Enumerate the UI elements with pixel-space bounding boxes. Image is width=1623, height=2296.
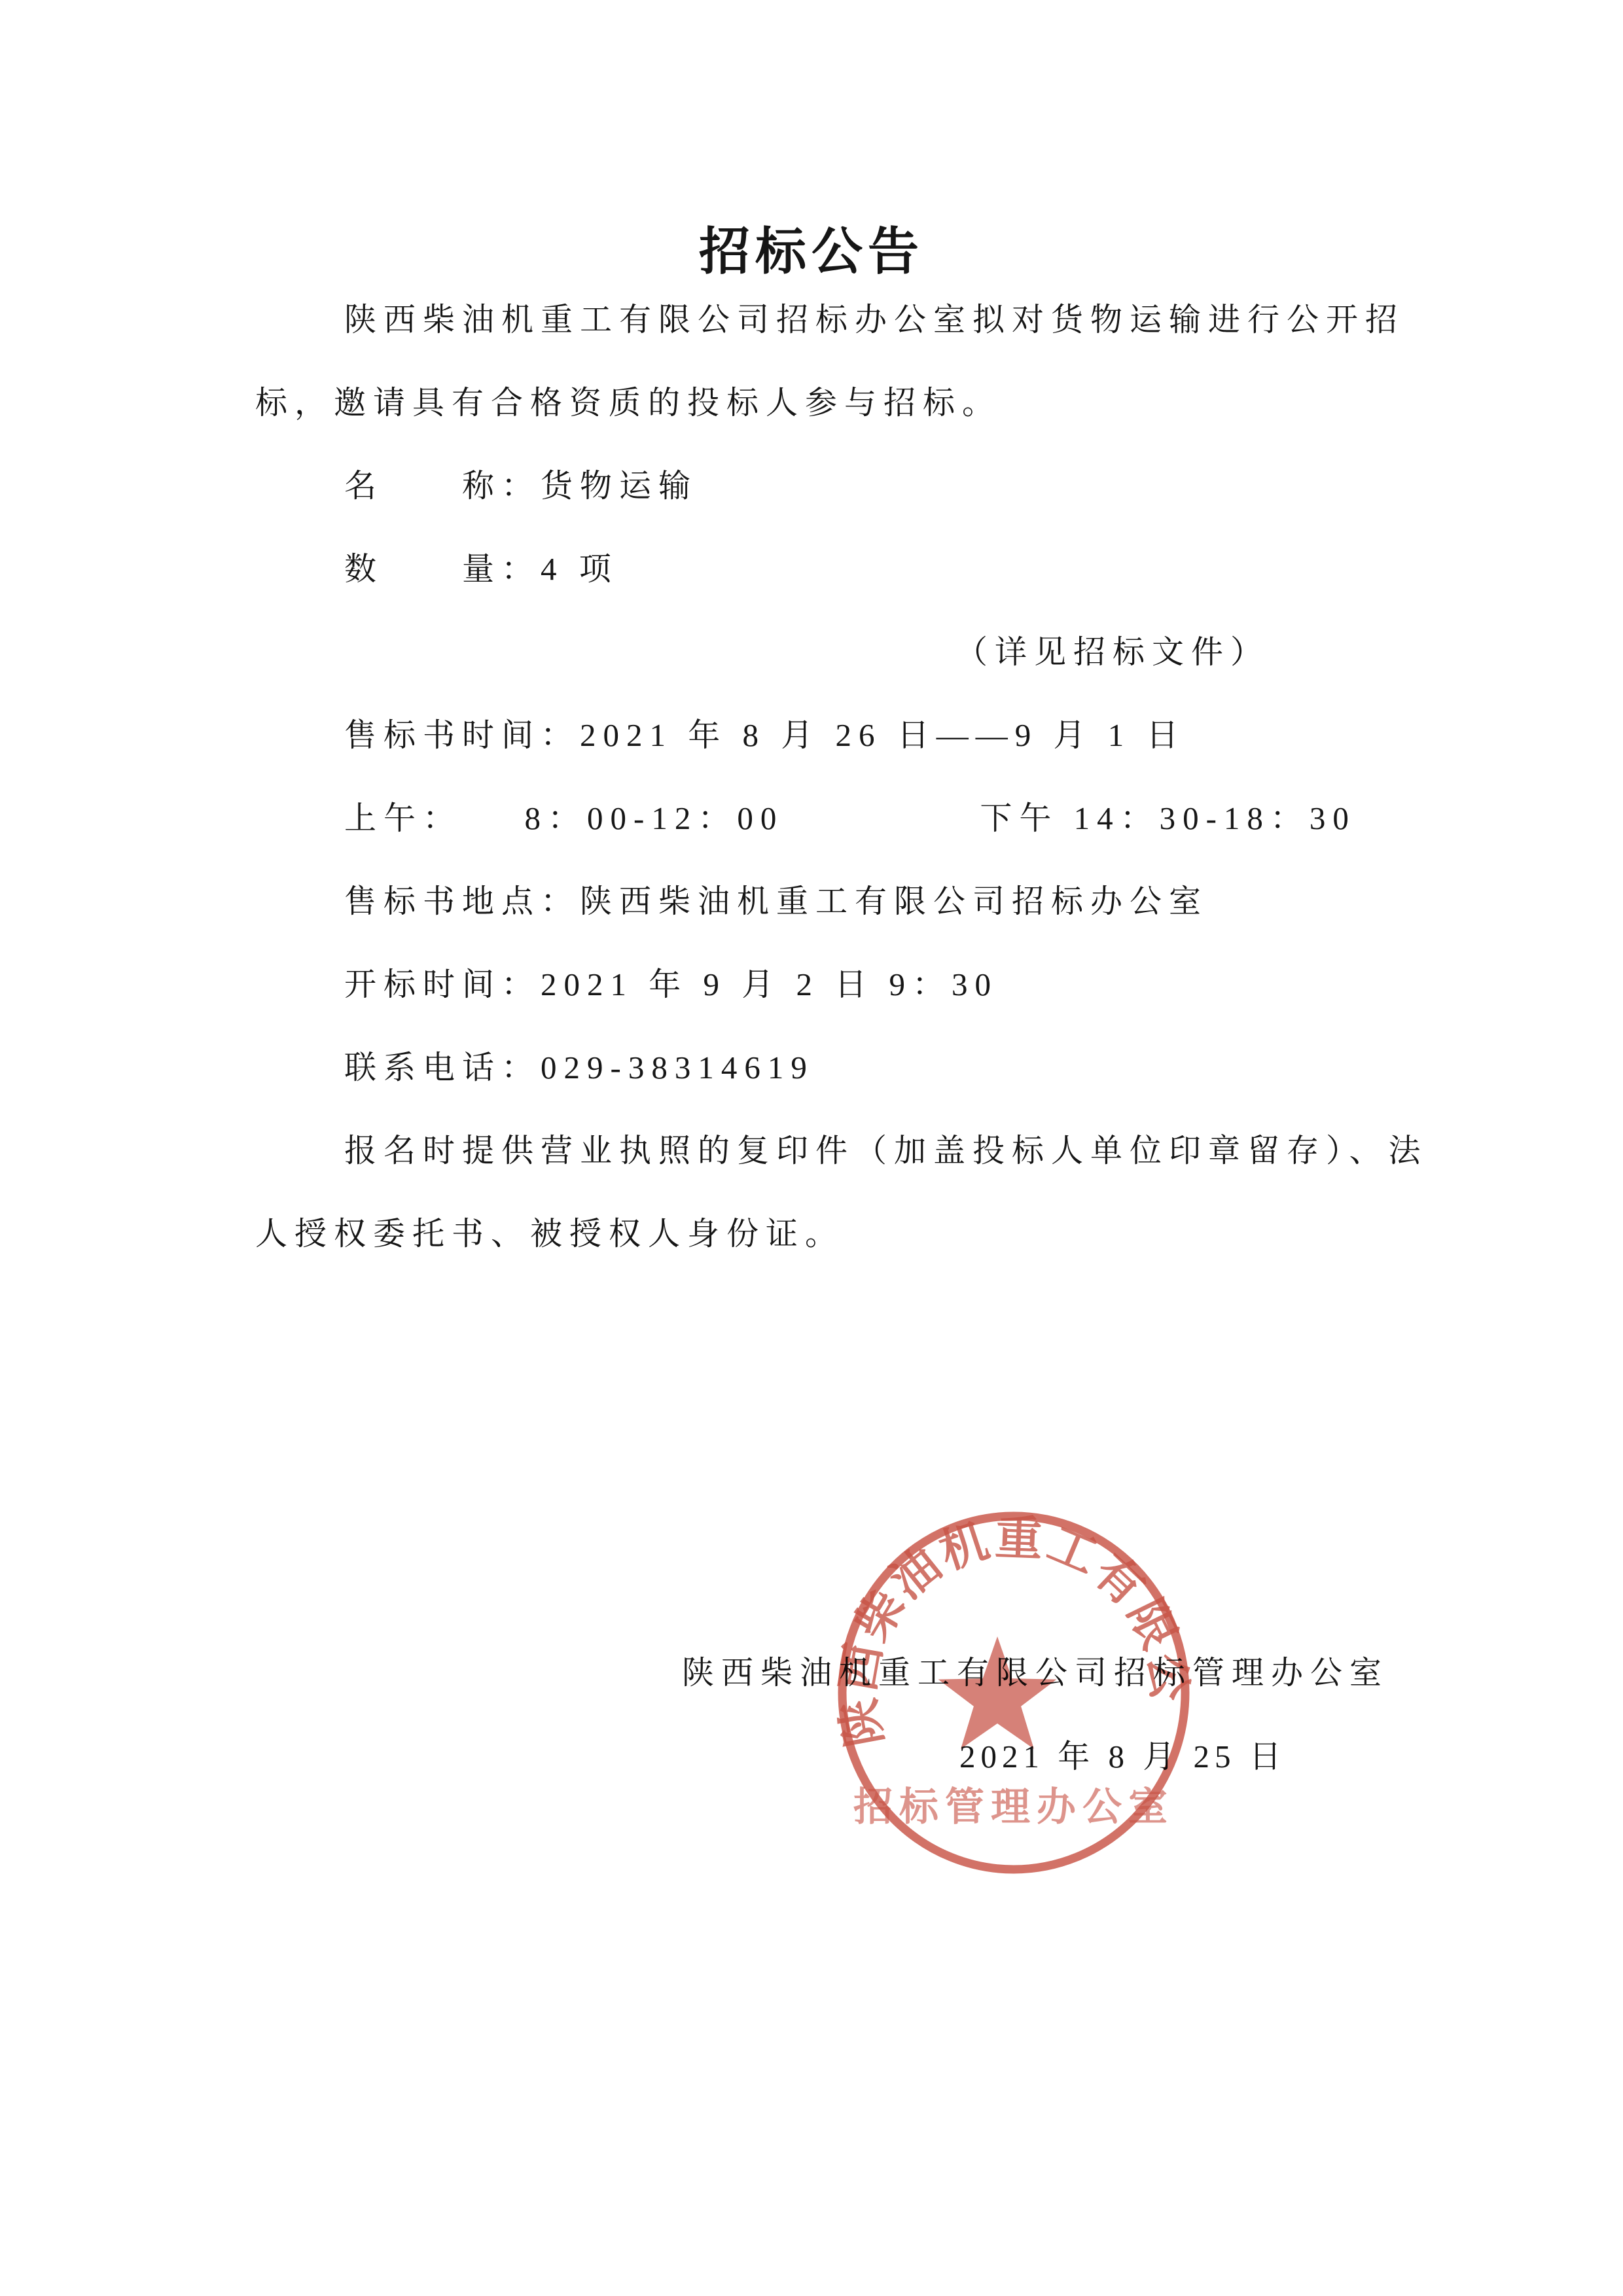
company-seal-stamp: 陕西柴油机重工有限公司 招标管理办公室	[830, 1508, 1198, 1878]
seal-star-icon	[938, 1636, 1057, 1749]
field-phone: 联系电话：029-38314619	[255, 1026, 1381, 1109]
field-sale-place: 售标书地点：陕西柴油机重工有限公司招标办公室	[255, 860, 1381, 943]
field-sale-time: 售标书时间：2021 年 8 月 26 日——9 月 1 日	[255, 694, 1381, 777]
page-title: 招标公告	[0, 211, 1623, 284]
requirements-line-1: 报名时提供营业执照的复印件（加盖投标人单位印章留存）、法	[255, 1109, 1381, 1192]
document-page: 招标公告 陕西柴油机重工有限公司招标办公室拟对货物运输进行公开招 标，邀请具有合…	[0, 0, 1623, 2296]
document-body: 陕西柴油机重工有限公司招标办公室拟对货物运输进行公开招 标，邀请具有合格资质的投…	[255, 278, 1381, 1275]
seal-bottom-text: 招标管理办公室	[853, 1786, 1174, 1829]
field-hours: 上午： 8：00-12：00 下午 14：30-18：30	[255, 777, 1381, 860]
intro-line-2: 标，邀请具有合格资质的投标人参与招标。	[255, 361, 1381, 444]
field-opening-time: 开标时间：2021 年 9 月 2 日 9：30	[255, 943, 1381, 1026]
intro-line-1: 陕西柴油机重工有限公司招标办公室拟对货物运输进行公开招	[255, 278, 1381, 361]
see-bid-docs-note: （详见招标文件）	[255, 610, 1381, 694]
field-quantity: 数 量：4 项	[255, 527, 1381, 610]
field-name: 名 称：货物运输	[255, 444, 1381, 527]
requirements-line-2: 人授权委托书、被授权人身份证。	[255, 1192, 1381, 1275]
